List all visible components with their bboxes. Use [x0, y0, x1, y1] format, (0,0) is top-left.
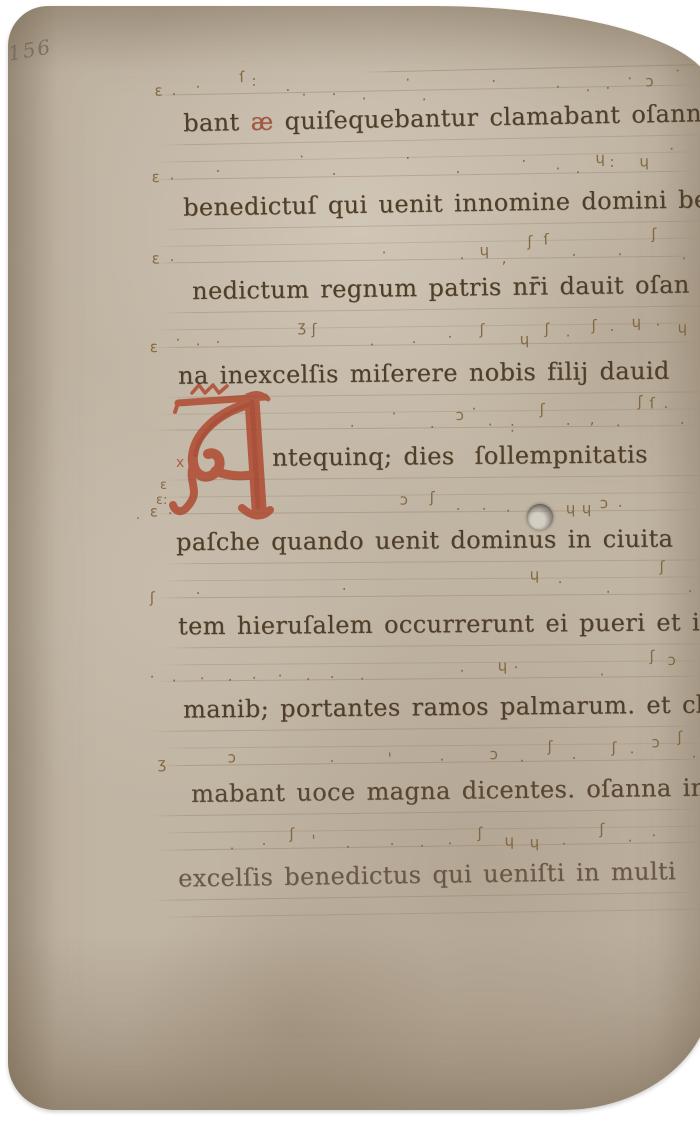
neume-mark: ·: [456, 502, 461, 517]
text-segment: na inexcelſis miſerere nobis filij dauid: [178, 357, 670, 390]
text-segment: ntequinq; dies: [272, 442, 455, 472]
neume-mark: ·: [195, 80, 200, 95]
neume-mark: ɔ: [645, 74, 654, 89]
neume-mark: ·: [566, 417, 571, 432]
neume-mark: :: [251, 74, 256, 89]
neume-mark: ·: [618, 499, 623, 514]
neume-mark: ·: [572, 751, 577, 766]
neume-mark: ɥ: [480, 243, 490, 258]
neume-mark: ʃ: [312, 322, 317, 337]
neume-mark: ·: [688, 584, 693, 599]
margin-mark: ε: [160, 478, 167, 493]
text-segment: bant: [183, 108, 251, 137]
neume-mark: ·: [405, 73, 410, 88]
margin-mark: x: [176, 455, 184, 471]
text-segment: ſollempnitatis: [454, 440, 648, 470]
neume-mark: ·: [330, 754, 335, 769]
neume-mark: ·: [170, 172, 175, 187]
neume-mark: ·: [285, 83, 290, 98]
text-segment: paſche quando uenit dominus in ciuita: [176, 525, 673, 557]
text-line: ntequinq; diesſollempnitatis: [272, 440, 648, 471]
neume-mark: ·: [506, 504, 511, 519]
neume-mark: ·: [230, 842, 235, 857]
neume-mark: ɥ: [595, 151, 605, 166]
neume-mark: ʃ: [547, 740, 552, 755]
neume-mark: ·: [656, 318, 661, 333]
neume-mark: ·: [651, 828, 656, 843]
neume-mark: ɥ: [582, 501, 592, 516]
neume-mark: ·: [576, 165, 581, 180]
neume-mark: ʃ: [430, 490, 435, 505]
neume-mark: ·: [256, 502, 261, 517]
neume-mark: ·: [170, 253, 175, 268]
neume-mark: ɥ: [678, 320, 688, 335]
neume-mark: ·: [488, 418, 493, 433]
neume-mark: ɥ: [631, 315, 641, 330]
neume-mark: ·: [460, 252, 465, 267]
neume-mark: ɔ: [600, 496, 608, 511]
neume-mark: ·: [346, 840, 351, 855]
neume-mark: ,: [502, 251, 507, 266]
neume-mark: ɥ: [530, 835, 540, 850]
neume-mark: ·: [350, 419, 355, 434]
neume-mark: ʃ: [527, 235, 532, 250]
neume-mark: ε: [152, 170, 160, 185]
neume-mark: ε: [154, 84, 162, 99]
neume-mark: ·: [448, 836, 453, 851]
neume-mark: ·: [302, 88, 307, 103]
neume-mark: ·: [196, 338, 201, 353]
neume-mark: ·: [482, 502, 487, 517]
neume-mark: ·: [600, 668, 605, 683]
neume-mark: ·: [558, 575, 563, 590]
neume-mark: ·: [330, 670, 335, 685]
neume-mark: ʃ: [638, 394, 643, 409]
neume-mark: ·: [460, 664, 465, 679]
neume-mark: ·: [630, 746, 635, 761]
neume-mark: ʃ: [599, 822, 604, 837]
text-line: na inexcelſis miſerere nobis filij dauid: [178, 357, 670, 390]
neume-mark: ε: [150, 340, 158, 355]
neume-mark: ·: [562, 837, 567, 852]
neume-mark: ·: [342, 582, 347, 597]
neume-mark: ·: [262, 837, 267, 852]
neume-mark: ·: [606, 585, 611, 600]
neume-mark: ε: [152, 251, 160, 266]
neume-mark: ·: [172, 674, 177, 689]
neume-mark: ·: [215, 164, 220, 179]
neume-mark: ʃ: [677, 730, 682, 745]
neume-mark: ·: [362, 92, 367, 107]
neume-mark: ·: [216, 335, 221, 350]
neume-mark: :: [510, 420, 515, 435]
neume-mark: ·: [585, 83, 590, 98]
neume-mark: ɥ: [566, 501, 576, 516]
neume-mark: ʃ: [545, 322, 550, 337]
neume-mark: ·: [306, 672, 311, 687]
neume-mark: ʃ: [650, 649, 655, 664]
neume-mark: ·: [491, 74, 496, 89]
text-line: manib; portantes ramos palmarum. et cla: [183, 690, 700, 723]
neume-mark: ʒ: [158, 756, 167, 771]
neume-mark: ·: [168, 506, 173, 521]
neume-mark: :: [609, 155, 614, 170]
neume-mark: ʃ: [592, 318, 597, 333]
neume-mark: ·: [555, 162, 560, 177]
neume-mark: ·: [627, 72, 632, 87]
text-line: tem hieruſalem occurrerunt ei pueri et i…: [178, 608, 700, 640]
neume-mark: ·: [682, 252, 687, 267]
neume-mark: ·: [572, 248, 577, 263]
neume-mark: ·: [566, 329, 571, 344]
neume-mark: ·: [382, 246, 387, 261]
neume-mark: ·: [176, 333, 181, 348]
neume-mark: ɥ: [498, 658, 508, 673]
neume-mark: ·: [692, 750, 697, 765]
neume-mark: ·: [390, 837, 395, 852]
text-segment: manib; portantes ramos palmarum. et cla: [183, 690, 700, 723]
neume-mark: ʃ: [477, 826, 482, 841]
neume-mark: ·: [680, 416, 685, 431]
neume-mark: ʒ: [298, 319, 307, 334]
manuscript-photo: 156 ε··ſ:···········ɔ·bant æ quiſequeban…: [0, 0, 700, 1125]
neume-mark: ·: [628, 834, 633, 849]
neume-mark: ɔ: [400, 493, 408, 508]
neume-mark: ·: [370, 338, 375, 353]
neume-mark: ·: [299, 150, 304, 165]
neume-mark: ɥ: [520, 332, 530, 347]
neume-mark: ʃ: [651, 227, 656, 242]
neume-mark: ʃ: [150, 591, 155, 606]
neume-mark: ·: [332, 87, 337, 102]
neume-mark: ·: [196, 586, 201, 601]
neume-mark: ɥ: [530, 568, 540, 583]
neume-mark: ·: [616, 419, 621, 434]
neume-mark: ·: [456, 165, 461, 180]
neume-mark: ·: [440, 753, 445, 768]
neume-mark: ·: [610, 323, 615, 338]
neume-mark: ʃ: [289, 827, 294, 842]
neume-mark: ɥ: [505, 834, 515, 849]
neume-mark: ·: [412, 335, 417, 350]
neume-mark: ·: [278, 669, 283, 684]
neume-mark: ·: [171, 87, 176, 102]
neume-mark: ʃ: [480, 323, 485, 338]
neume-mark: ·: [430, 420, 435, 435]
neume-mark: ·: [555, 80, 560, 95]
neume-mark: ·: [420, 839, 425, 854]
neume-mark: ɔ: [228, 750, 236, 765]
text-line: paſche quando uenit dominus in ciuita: [176, 525, 673, 557]
neume-mark: ſ: [650, 396, 655, 411]
neume-mark: ·: [252, 671, 257, 686]
neume-mark: ʃ: [540, 402, 545, 417]
text-segment: æ: [250, 107, 274, 135]
neume-mark: ·: [392, 407, 397, 422]
neume-mark: ·: [664, 400, 669, 415]
margin-mark: ·: [136, 512, 140, 527]
neume-mark: ɔ: [490, 747, 498, 762]
neume-mark: ·: [405, 151, 410, 166]
neume-mark: ·: [521, 154, 526, 169]
neume-mark: ·: [675, 64, 680, 79]
neume-mark: ·: [150, 670, 155, 685]
neume-mark: ʃ: [660, 560, 665, 575]
neume-mark: ·: [520, 754, 525, 769]
neume-mark: ·: [669, 142, 674, 157]
neume-mark: ·: [472, 402, 477, 417]
neume-mark: ·: [360, 672, 365, 687]
neume-mark: ,: [590, 412, 595, 427]
neume-mark: ſ: [543, 232, 548, 247]
neume-mark: ·: [514, 660, 519, 675]
neume-mark: ': [311, 834, 315, 849]
neume-mark: ·: [228, 673, 233, 688]
neume-mark: ·: [605, 81, 610, 96]
neume-mark: ɔ: [456, 408, 464, 423]
neume-mark: ɔ: [651, 735, 659, 750]
neume-mark: ·: [200, 671, 205, 686]
neume-mark: ſ: [239, 70, 245, 85]
neume-mark: ·: [448, 330, 453, 345]
neume-mark: ·: [618, 247, 623, 262]
neume-mark: ɔ: [668, 653, 676, 668]
text-segment: tem hieruſalem occurrerunt ei pueri et i…: [178, 608, 700, 640]
neume-mark: ·: [332, 167, 337, 182]
neume-mark: ʃ: [611, 741, 616, 756]
margin-mark: ε:: [156, 493, 167, 508]
neume-mark: ɥ: [639, 154, 649, 169]
neume-mark: ': [388, 751, 392, 766]
